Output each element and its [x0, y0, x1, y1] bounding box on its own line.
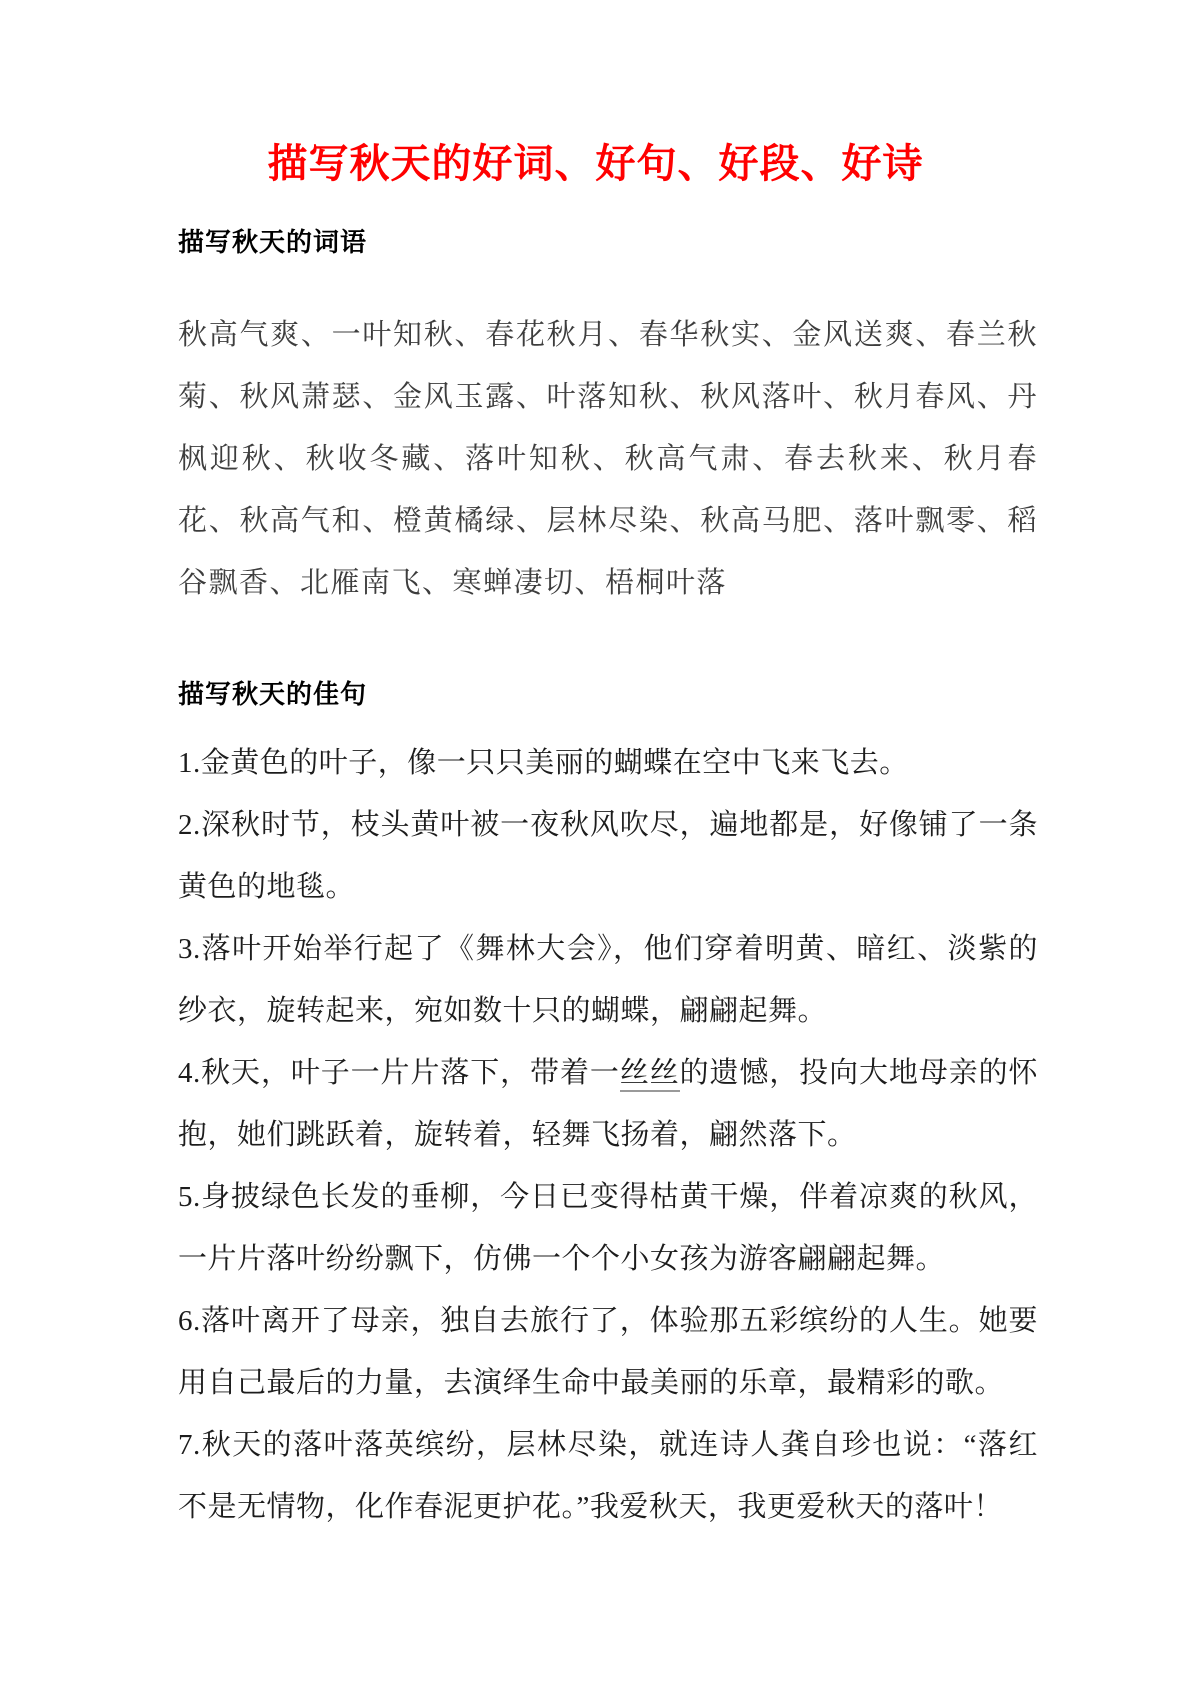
document-page: 描写秋天的好词、好句、好段、好诗 描写秋天的词语 秋高气爽、一叶知秋、春花秋月、…	[0, 0, 1191, 1684]
sentence-6: 6.落叶离开了母亲，独自去旅行了，体验那五彩缤纷的人生。她要用自己最后的力量，去…	[178, 1290, 1038, 1414]
sentence-5: 5.身披绿色长发的垂柳，今日已变得枯黄干燥，伴着凉爽的秋风，一片片落叶纷纷飘下，…	[178, 1166, 1038, 1290]
sentence-4-underlined-word: 丝丝	[620, 1057, 680, 1092]
sentence-7: 7.秋天的落叶落英缤纷，层林尽染，就连诗人龚自珍也说：“落红不是无情物，化作春泥…	[178, 1414, 1038, 1538]
sentences-section-heading: 描写秋天的佳句	[178, 672, 1038, 718]
document-body: 描写秋天的词语 秋高气爽、一叶知秋、春花秋月、春华秋实、金风送爽、春兰秋菊、秋风…	[178, 220, 1038, 1538]
words-list: 秋高气爽、一叶知秋、春花秋月、春华秋实、金风送爽、春兰秋菊、秋风萧瑟、金风玉露、…	[178, 304, 1038, 614]
sentence-3: 3.落叶开始举行起了《舞林大会》，他们穿着明黄、暗红、淡紫的纱衣，旋转起来，宛如…	[178, 918, 1038, 1042]
page-title: 描写秋天的好词、好句、好段、好诗	[0, 140, 1191, 188]
sentence-4-before: 4.秋天，叶子一片片落下，带着一	[178, 1057, 620, 1089]
sentence-1: 1.金黄色的叶子，像一只只美丽的蝴蝶在空中飞来飞去。	[178, 732, 1038, 794]
sentence-4: 4.秋天，叶子一片片落下，带着一丝丝的遗憾，投向大地母亲的怀抱，她们跳跃着，旋转…	[178, 1042, 1038, 1166]
sentences-list: 1.金黄色的叶子，像一只只美丽的蝴蝶在空中飞来飞去。 2.深秋时节，枝头黄叶被一…	[178, 718, 1038, 1538]
words-section-heading: 描写秋天的词语	[178, 220, 1038, 266]
sentence-2: 2.深秋时节，枝头黄叶被一夜秋风吹尽，遍地都是，好像铺了一条黄色的地毯。	[178, 794, 1038, 918]
